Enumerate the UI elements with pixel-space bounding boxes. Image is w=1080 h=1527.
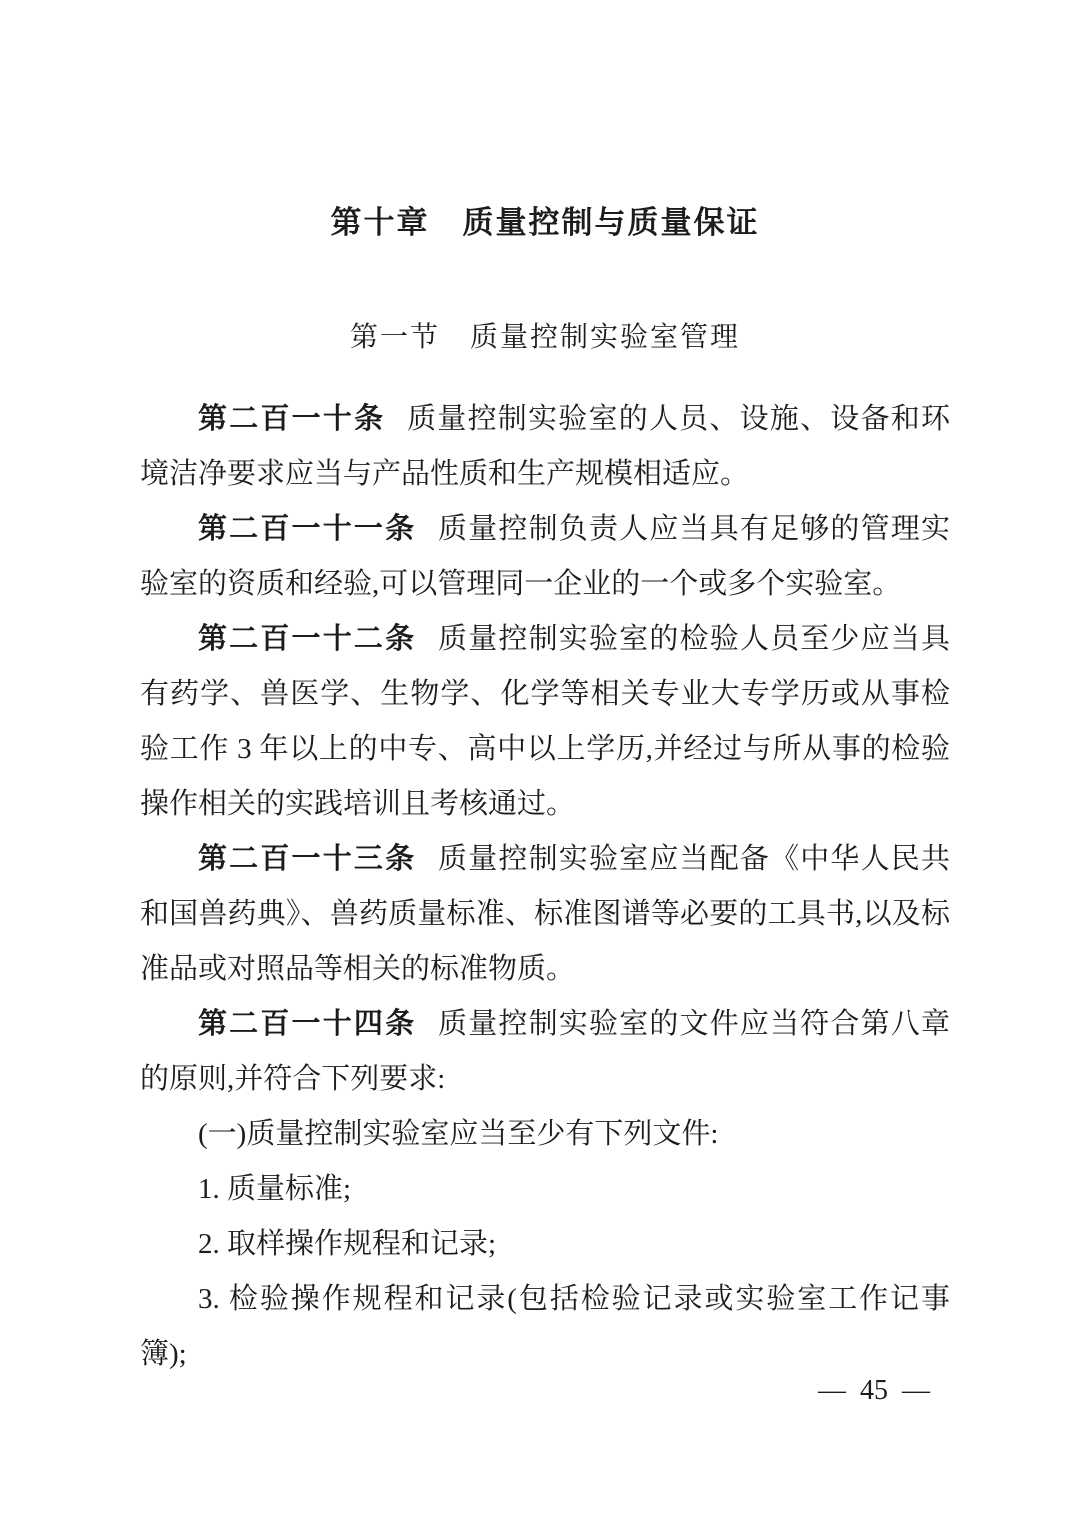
article-number: 第二百一十四条 [198, 1008, 416, 1040]
page-footer: —45— [818, 1377, 930, 1405]
document-page: 第十章 质量控制与质量保证 第一节 质量控制实验室管理 第二百一十条质量控制实验… [0, 0, 1080, 1527]
article-paragraph-214: 第二百一十四条质量控制实验室的文件应当符合第八章的原则,并符合下列要求: [140, 997, 950, 1107]
list-item-1: 1. 质量标准; [140, 1162, 950, 1217]
section-title: 第一节 质量控制实验室管理 [140, 322, 950, 354]
article-paragraph-213: 第二百一十三条质量控制实验室应当配备《中华人民共和国兽药典》、兽药质量标准、标准… [140, 832, 950, 997]
article-number: 第二百一十条 [198, 403, 385, 435]
article-number: 第二百一十三条 [198, 843, 416, 875]
article-number: 第二百一十一条 [198, 513, 416, 545]
chapter-title: 第十章 质量控制与质量保证 [140, 205, 950, 241]
footer-dash-left: — [818, 1375, 846, 1406]
body-text: 第二百一十条质量控制实验室的人员、设施、设备和环境洁净要求应当与产品性质和生产规… [140, 392, 950, 1382]
article-paragraph-212: 第二百一十二条质量控制实验室的检验人员至少应当具有药学、兽医学、生物学、化学等相… [140, 612, 950, 832]
list-item-files-heading: (一)质量控制实验室应当至少有下列文件: [140, 1107, 950, 1162]
article-number: 第二百一十二条 [198, 623, 416, 655]
footer-dash-right: — [902, 1375, 930, 1406]
article-paragraph-210: 第二百一十条质量控制实验室的人员、设施、设备和环境洁净要求应当与产品性质和生产规… [140, 392, 950, 502]
list-item-3: 3. 检验操作规程和记录(包括检验记录或实验室工作记事簿); [140, 1272, 950, 1382]
list-item-2: 2. 取样操作规程和记录; [140, 1217, 950, 1272]
page-number: 45 [860, 1375, 888, 1406]
page-content: 第十章 质量控制与质量保证 第一节 质量控制实验室管理 第二百一十条质量控制实验… [140, 0, 950, 1382]
article-paragraph-211: 第二百一十一条质量控制负责人应当具有足够的管理实验室的资质和经验,可以管理同一企… [140, 502, 950, 612]
